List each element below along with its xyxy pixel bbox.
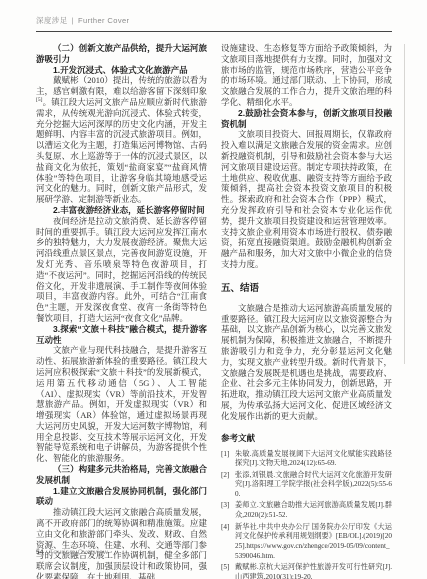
paragraph: 夜间经济是拉动文旅消费、延长游客停留时间的重要抓手。镇江段大运河应发挥江南水乡的… — [36, 216, 207, 324]
right-column: 设施建设、生态修复等方面给予政策倾斜，为文旅项目落地提供有力支撑。同时，加强对文… — [221, 43, 392, 579]
reference-text: 姜师立.文旅融合助推大运河旅游高质量发展[J].群众,2020(2):51-52… — [235, 501, 392, 521]
reference-marker: [1] — [221, 450, 235, 470]
reference-item: [1]朱敏.高质量发展视阈下大运河文化赋能实践路径探究[J].文物天地,2024… — [221, 450, 392, 470]
reference-text: 戴赋彬.京杭大运河保护性旅游开发可行性研究[J].山西建筑,2010(31):1… — [235, 563, 392, 579]
point-heading-1b: 1.建立文旅融合发展协同机制，强化部门联动 — [36, 486, 207, 508]
page-footer: 54Tourism Overview — [36, 549, 108, 556]
reference-item: [3]姜师立.文旅融合助推大运河旅游高质量发展[J].群众,2020(2):51… — [221, 501, 392, 521]
reference-marker: [3] — [221, 501, 235, 521]
header-separator: | — [72, 16, 74, 25]
page-header: 深度涉足|Further Cover — [36, 15, 129, 26]
paragraph: 文旅产业与现代科技融合，是提升游客互动性、拓展旅游新体验的重要路径。镇江段大运河… — [36, 345, 207, 464]
point-heading-2: 2.丰富夜游经济业态，延长游客停留时间 — [36, 205, 207, 216]
subsection-heading-2: （二）创新文旅产品供给，提升大运河旅游吸引力 — [36, 43, 207, 65]
paragraph-text: 戴赋彬（2010）提出，传统的旅游以看为主，感官刺激有限，难以给游客留下深刻印象 — [36, 75, 207, 96]
references-list: [1]朱敏.高质量发展视阈下大运河文化赋能实践路径探究[J].文物天地,2024… — [221, 450, 392, 579]
paragraph: 推动镇江段大运河文旅融合高质量发展，离不开政府部门的统筹协调和精准施策。应建立由… — [36, 507, 207, 579]
subsection-heading-3: （三）构建多元共治格局，完善文旅融合发展机制 — [36, 464, 207, 486]
paragraph-text: 。镇江段大运河文旅产品应顺应新时代旅游需求，从传统观光游向沉浸式、体验式转变，充… — [36, 97, 207, 204]
paragraph: 文旅项目投资大、回报周期长，仅靠政府投入难以满足文旅融合发展的资金需求。应创新投… — [221, 129, 392, 269]
paragraph-continuation: 设施建设、生态修复等方面给予政策倾斜，为文旅项目落地提供有力支撑。同时，加强对文… — [221, 43, 392, 108]
reference-text: 张添,刘银晨.文旅融合时代大运河文化旅游开发研究[J].洛阳理工学院学报(社会科… — [235, 471, 392, 500]
paragraph: 戴赋彬（2010）提出，传统的旅游以看为主，感官刺激有限，难以给游客留下深刻印象… — [36, 75, 207, 205]
section-title-en: Further Cover — [78, 16, 129, 25]
reference-item: [2]张添,刘银晨.文旅融合时代大运河文化旅游开发研究[J].洛阳理工学院学报(… — [221, 471, 392, 500]
point-heading-3: 3.探索“文旅＋科技”融合模式，提升游客互动性 — [36, 324, 207, 346]
reference-marker: [2] — [221, 471, 235, 500]
conclusion-paragraph: 文旅融合是推动大运河旅游高质量发展的重要路径。镇江段大运河应以文旅资源整合为基础… — [221, 303, 392, 422]
reference-item: [4]新华社.中共中央办公厅 国务院办公厅印发《大运河文化保护传承利用规划纲要》… — [221, 523, 392, 562]
reference-text: 新华社.中共中央办公厅 国务院办公厅印发《大运河文化保护传承利用规划纲要》[EB… — [235, 523, 392, 562]
point-heading-1: 1.开发沉浸式、体验式文化旅游产品 — [36, 65, 207, 76]
left-column: （二）创新文旅产品供给，提升大运河旅游吸引力 1.开发沉浸式、体验式文化旅游产品… — [36, 43, 207, 579]
reference-marker: [4] — [221, 523, 235, 562]
article-body: （二）创新文旅产品供给，提升大运河旅游吸引力 1.开发沉浸式、体验式文化旅游产品… — [36, 43, 392, 579]
page-number: 54 — [36, 549, 44, 556]
page-edge-shadow — [404, 44, 405, 364]
reference-marker: [5] — [221, 563, 235, 579]
reference-text: 朱敏.高质量发展视阈下大运河文化赋能实践路径探究[J].文物天地,2024(12… — [235, 450, 392, 470]
header-rule — [36, 31, 392, 32]
conclusion-heading: 五、结语 — [221, 280, 392, 294]
point-heading-2b: 2.鼓励社会资本参与，创新文旅项目投融资机制 — [221, 108, 392, 130]
journal-name: Tourism Overview — [50, 549, 109, 556]
reference-item: [5]戴赋彬.京杭大运河保护性旅游开发可行性研究[J].山西建筑,2010(31… — [221, 563, 392, 579]
section-title-cn: 深度涉足 — [36, 16, 68, 25]
references-heading: 参考文献 — [221, 432, 392, 444]
journal-page: 深度涉足|Further Cover （二）创新文旅产品供给，提升大运河旅游吸引… — [0, 0, 427, 579]
